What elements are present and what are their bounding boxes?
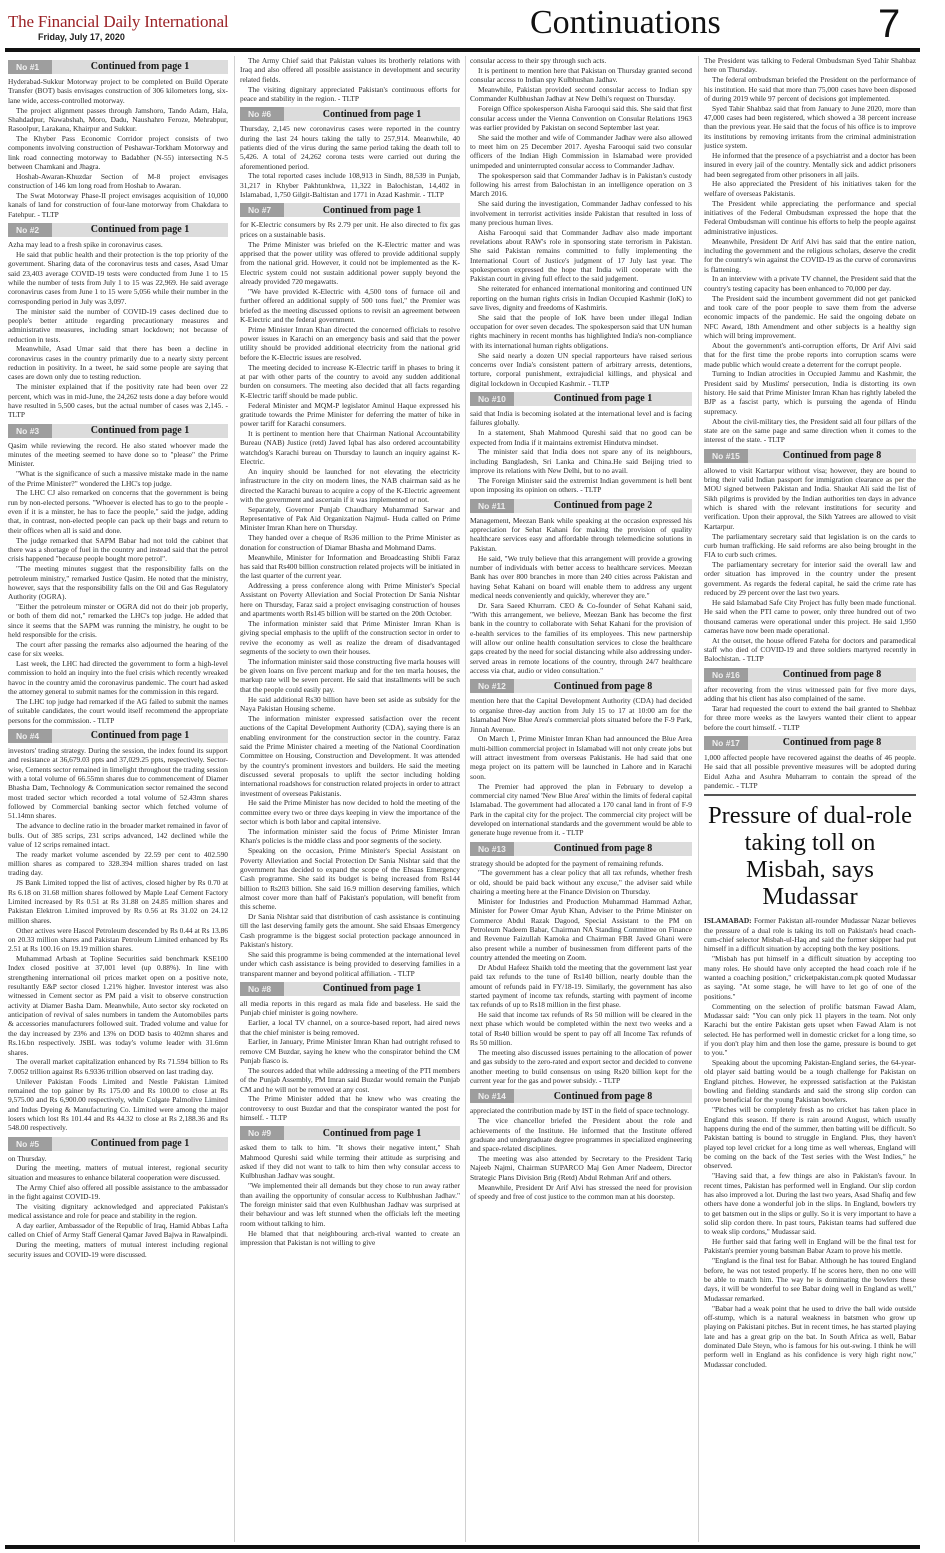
section-header: No #6Continued from page 1 xyxy=(240,107,460,121)
article-paragraph: "The government has a clear policy that … xyxy=(470,868,692,896)
section-number-badge: No #14 xyxy=(470,1089,514,1103)
article-paragraph: Muhammad Arbash at Topline Securities sa… xyxy=(8,954,228,1057)
section-header: No #3Continued from page 1 xyxy=(8,424,228,438)
section-title: Continued from page 1 xyxy=(52,1139,228,1148)
article-paragraph: The Premier had approved the plan in Feb… xyxy=(470,782,692,838)
article-paragraph: The President was talking to Federal Omb… xyxy=(704,56,916,75)
section-title: Continued from page 1 xyxy=(52,225,228,234)
section-title: Continued from page 8 xyxy=(748,670,916,679)
column-divider xyxy=(698,56,699,1542)
article-paragraph: The Khyber Pass Economic Corridor projec… xyxy=(8,134,228,171)
article-paragraph: Dr Sania Nishtar said that distribution … xyxy=(240,912,460,949)
article-paragraph: The spokesperson said that Commander Jad… xyxy=(470,171,692,199)
article-paragraph: He said the Prime Minister has now decid… xyxy=(240,798,460,826)
article-paragraph: The President said the incumbent governm… xyxy=(704,294,916,341)
feature-lead: ISLAMABAD: Former Pakistan all-rounder M… xyxy=(704,916,916,953)
section-title: Continued from page 1 xyxy=(284,110,460,119)
article-paragraph: The Army Chief also offered all possible… xyxy=(8,1183,228,1202)
article-paragraph: "We have provided K-Electric with 4,500 … xyxy=(240,287,460,324)
article-paragraph: Aisha Farooqui said that Commander Jadha… xyxy=(470,228,692,284)
article-paragraph: Hyderabad-Sukkur Motorway project to be … xyxy=(8,77,228,105)
article-paragraph: 1,000 affected people have recovered aga… xyxy=(704,753,916,790)
article-paragraph: Tarar had requested the court to extend … xyxy=(704,704,916,732)
article-paragraph: He further said that faring well in Engl… xyxy=(704,1237,916,1256)
article-paragraph: mention here that the Capital Developmen… xyxy=(470,696,692,733)
section-number-badge: No #16 xyxy=(704,668,748,682)
section-number-badge: No #5 xyxy=(8,1137,52,1151)
section-header: No #5Continued from page 1 xyxy=(8,1137,228,1151)
article-paragraph: JS Bank Limited topped the list of activ… xyxy=(8,878,228,925)
dateline: ISLAMABAD: xyxy=(704,916,752,925)
article-paragraph: said that India is becoming isolated at … xyxy=(470,409,692,428)
article-paragraph: "England is the final test for Babar. Al… xyxy=(704,1256,916,1303)
article-paragraph: for K-Electric consumers by Rs 2.79 per … xyxy=(240,220,460,239)
continuation-section: No #13Continued from page 8strategy shou… xyxy=(470,842,692,1086)
article-paragraph: Speaking on the occasion, Prime Minister… xyxy=(240,846,460,911)
section-title: Continued from page 1 xyxy=(52,426,228,435)
article-paragraph: Commenting on the selection of prolific … xyxy=(704,1002,916,1058)
article-paragraph: The overall market capitalization enhanc… xyxy=(8,1057,228,1076)
article-paragraph: "Either the petroleum minster or OGRA di… xyxy=(8,602,228,639)
section-header: No #11Continued from page 2 xyxy=(470,499,692,513)
section-title: Continued from page 1 xyxy=(284,206,460,215)
article-paragraph: Meanwhile, Pakistan provided second cons… xyxy=(470,85,692,104)
article-paragraph: Earlier, in January, Prime Minister Imra… xyxy=(240,1037,460,1065)
section-number-badge: No #1 xyxy=(8,60,52,74)
feature-rule xyxy=(704,794,916,796)
article-paragraph: About the government's anti-corruption e… xyxy=(704,341,916,369)
section-title: Continued from page 8 xyxy=(748,738,916,747)
article-paragraph: The ready market volume ascended by 22.5… xyxy=(8,850,228,878)
article-paragraph: Meanwhile, President Dr Arif Alvi has st… xyxy=(470,1183,692,1202)
section-number-badge: No #7 xyxy=(240,203,284,217)
article-paragraph: He blamed that that neighbouring arch-ri… xyxy=(240,1229,460,1248)
article-paragraph: Dr Abdul Hafeez Shaikh told the meeting … xyxy=(470,963,692,1010)
paper-name: The Financial Daily International xyxy=(8,12,228,32)
article-paragraph: He also appreciated the President of his… xyxy=(704,179,916,198)
article-paragraph: The visiting dignitary appreciated Pakis… xyxy=(240,85,460,104)
section-title: Continued from page 8 xyxy=(514,844,692,853)
continuation-section: No #3Continued from page 1Qasim while re… xyxy=(8,424,228,725)
page-title: Continuations xyxy=(530,4,721,42)
article-paragraph: The advance to decline ratio in the broa… xyxy=(8,821,228,849)
section-header: No #8Continued from page 1 xyxy=(240,982,460,996)
article-paragraph: Syed Tahir Shahbaz said that from Januar… xyxy=(704,104,916,151)
section-header: No #15Continued from page 8 xyxy=(704,449,916,463)
continuation-section: No #9Continued from page 1asked them to … xyxy=(240,1126,460,1247)
section-title: Continued from page 1 xyxy=(284,984,460,993)
section-number-badge: No #8 xyxy=(240,982,284,996)
article-paragraph: consular access to their spy through suc… xyxy=(470,56,692,65)
article-paragraph: In an interview with a private TV channe… xyxy=(704,274,916,293)
article-paragraph: During the meeting, matters of mutual in… xyxy=(8,1240,228,1259)
article-paragraph: She said this programme is being commend… xyxy=(240,950,460,978)
continuation-section: No #6Continued from page 1Thursday, 2,14… xyxy=(240,107,460,199)
article-paragraph: "Having said that, a few things are also… xyxy=(704,1171,916,1236)
section-number-badge: No #2 xyxy=(8,223,52,237)
article-paragraph: Qasim while reviewing the record. He als… xyxy=(8,441,228,469)
article-paragraph: Dr. Sara Saeed Khurram. CEO & Co-founder… xyxy=(470,601,692,676)
continuation-section: No #8Continued from page 1all media repo… xyxy=(240,982,460,1122)
section-header: No #16Continued from page 8 xyxy=(704,668,916,682)
article-paragraph: At the outset, the house offered Fateha … xyxy=(704,636,916,664)
article-paragraph: She said the mother and wife of Commande… xyxy=(470,133,692,170)
article-paragraph: The LHC top judge had remarked if the AG… xyxy=(8,697,228,725)
continuation-section: No #17Continued from page 81,000 affecte… xyxy=(704,736,916,790)
section-header: No #12Continued from page 8 xyxy=(470,679,692,693)
article-paragraph: Turning to Indian atrocities in Occupied… xyxy=(704,369,916,416)
section-title: Continued from page 2 xyxy=(514,501,692,510)
section-number-badge: No #9 xyxy=(240,1126,284,1140)
column-2: The Army Chief said that Pakistan values… xyxy=(240,56,460,1542)
article-paragraph: An inquiry should be launched for not el… xyxy=(240,467,460,504)
article-paragraph: The LHC CJ also remarked on concerns tha… xyxy=(8,488,228,535)
article-paragraph: strategy should be adopted for the payme… xyxy=(470,859,692,868)
article-paragraph: Hoshab-Awaran-Khuzdar Section of M-8 pro… xyxy=(8,172,228,191)
article-paragraph: allowed to visit Kartarpur without visa;… xyxy=(704,466,916,531)
article-paragraph: The meeting was also attended by Secreta… xyxy=(470,1154,692,1182)
bottom-rule xyxy=(5,1545,920,1549)
article-paragraph: On March 1, Prime Minister Imran Khan ha… xyxy=(470,734,692,781)
continuation-section: No #16Continued from page 8after recover… xyxy=(704,668,916,732)
section-number-badge: No #15 xyxy=(704,449,748,463)
article-paragraph: About the civil-military ties, the Presi… xyxy=(704,417,916,445)
column-divider xyxy=(465,56,466,1542)
article-paragraph: The total reported cases include 108,913… xyxy=(240,171,460,199)
article-paragraph: He informed that the presence of a psych… xyxy=(704,151,916,179)
section-header: No #17Continued from page 8 xyxy=(704,736,916,750)
article-paragraph: The parliamentary secretary for interior… xyxy=(704,560,916,597)
section-header: No #7Continued from page 1 xyxy=(240,203,460,217)
article-paragraph: Unilever Pakistan Foods Limited and Nest… xyxy=(8,1077,228,1133)
article-paragraph: asked them to talk to him. "It shows the… xyxy=(240,1143,460,1180)
continuation-section: No #10Continued from page 1said that Ind… xyxy=(470,392,692,495)
article-paragraph: Earlier, a local TV channel, on a source… xyxy=(240,1018,460,1037)
article-paragraph: "Misbah has put himself in a difficult s… xyxy=(704,954,916,1001)
article-paragraph: The judge remarked that SAPM Babar had n… xyxy=(8,536,228,564)
article-paragraph: Foreign Office spokesperson Aisha Farooq… xyxy=(470,104,692,132)
continuation-section: No #14Continued from page 8appreciated t… xyxy=(470,1089,692,1201)
article-paragraph: She said during the investigation, Comma… xyxy=(470,199,692,227)
article-paragraph: Prime Minister Imran Khan directed the c… xyxy=(240,325,460,362)
article-paragraph: The minister explained that if the posit… xyxy=(8,382,228,419)
article-paragraph: The federal ombudsman briefed the Presid… xyxy=(704,75,916,103)
article-paragraph: Speaking about the upcoming Pakistan-Eng… xyxy=(704,1058,916,1105)
masthead: The Financial Daily International Friday… xyxy=(0,0,945,50)
article-paragraph: "What is the significance of such a mass… xyxy=(8,469,228,488)
article-paragraph: A day earlier, Ambassador of the Republi… xyxy=(8,1221,228,1240)
article-paragraph: Management, Meezan Bank while speaking a… xyxy=(470,516,692,553)
section-number-badge: No #3 xyxy=(8,424,52,438)
article-paragraph: The Army Chief said that Pakistan values… xyxy=(240,56,460,84)
article-paragraph: Minister for Industries and Production M… xyxy=(470,897,692,962)
article-paragraph: on Thursday. xyxy=(8,1154,228,1163)
article-paragraph: The parliamentary secretary said that le… xyxy=(704,532,916,560)
article-paragraph: He said that income tax refunds of Rs 50… xyxy=(470,1010,692,1047)
article-paragraph: The information minister said the focus … xyxy=(240,827,460,846)
article-paragraph: The Foreign Minister said the extremist … xyxy=(470,476,692,495)
section-title: Continued from page 1 xyxy=(52,731,228,740)
continuation-section: No #11Continued from page 2Management, M… xyxy=(470,499,692,676)
article-paragraph: The information minister said those cons… xyxy=(240,657,460,694)
article-paragraph: The court after passing the remarks also… xyxy=(8,640,228,659)
continuation-section: consular access to their spy through suc… xyxy=(470,56,692,388)
section-title: Continued from page 1 xyxy=(284,1129,460,1138)
column-1: No #1Continued from page 1Hyderabad-Sukk… xyxy=(8,56,228,1542)
section-title: Continued from page 1 xyxy=(514,394,692,403)
section-number-badge: No #4 xyxy=(8,729,52,743)
article-paragraph: Meanwhile, Minister for Information and … xyxy=(240,553,460,581)
section-header: No #9Continued from page 1 xyxy=(240,1126,460,1140)
section-number-badge: No #12 xyxy=(470,679,514,693)
continuation-section: The President was talking to Federal Omb… xyxy=(704,56,916,445)
continuation-section: No #4Continued from page 1investors' tra… xyxy=(8,729,228,1133)
article-paragraph: Federal Minister and MQM-P legislator Am… xyxy=(240,401,460,429)
article-paragraph: The meeting also discussed issues pertai… xyxy=(470,1048,692,1085)
publication-date: Friday, July 17, 2020 xyxy=(38,32,125,42)
article-paragraph: "Pitches will be completely fresh as no … xyxy=(704,1105,916,1170)
continuation-section: The Army Chief said that Pakistan values… xyxy=(240,56,460,103)
section-number-badge: No #6 xyxy=(240,107,284,121)
article-paragraph: He said, "We truly believe that this arr… xyxy=(470,554,692,601)
article-paragraph: It is pertinent to mention here that Cha… xyxy=(240,429,460,466)
article-paragraph: Meanwhile, President Dr Arif Alvi has sa… xyxy=(704,237,916,274)
article-paragraph: He said that public health and their pro… xyxy=(8,250,228,306)
section-header: No #2Continued from page 1 xyxy=(8,223,228,237)
article-paragraph: Thursday, 2,145 new coronavirus cases we… xyxy=(240,124,460,171)
article-paragraph: all media reports in this regard as mala… xyxy=(240,999,460,1018)
article-paragraph: She reiterated for enhanced internationa… xyxy=(470,284,692,312)
section-header: No #14Continued from page 8 xyxy=(470,1089,692,1103)
article-paragraph: It is pertinent to mention here that Pak… xyxy=(470,66,692,85)
continuation-section: No #12Continued from page 8mention here … xyxy=(470,679,692,837)
section-title: Continued from page 8 xyxy=(514,682,692,691)
section-title: Continued from page 8 xyxy=(748,451,916,460)
article-paragraph: appreciated the contribution made by IST… xyxy=(470,1106,692,1115)
article-paragraph: investors' trading strategy. During the … xyxy=(8,746,228,821)
article-paragraph: "Babar had a weak point that he used to … xyxy=(704,1304,916,1369)
article-paragraph: The information minister said that Prime… xyxy=(240,619,460,656)
article-paragraph: The Swat Motorway Phase-II project envis… xyxy=(8,191,228,219)
column-4: The President was talking to Federal Omb… xyxy=(704,56,916,1542)
article-paragraph: The minister said that India does not sp… xyxy=(470,447,692,475)
article-paragraph: The information minister expressed satis… xyxy=(240,714,460,798)
page-number: 7 xyxy=(878,2,900,47)
section-header: No #13Continued from page 8 xyxy=(470,842,692,856)
continuation-section: No #15Continued from page 8allowed to vi… xyxy=(704,449,916,664)
article-paragraph: They handed over a cheque of Rs36 millio… xyxy=(240,533,460,552)
feature-headline: Pressure of dual-role taking toll on Mis… xyxy=(704,802,916,910)
section-title: Continued from page 1 xyxy=(52,62,228,71)
article-paragraph: The meeting decided to increase K-Electr… xyxy=(240,363,460,400)
article-paragraph: Meanwhile, Asad Umar said that there has… xyxy=(8,344,228,381)
article-paragraph: The sources added that while addressing … xyxy=(240,1066,460,1094)
article-paragraph: The President while appreciating the per… xyxy=(704,199,916,236)
article-paragraph: after recovering from the virus witnesse… xyxy=(704,685,916,704)
article-paragraph: "The meeting minutes suggest that the re… xyxy=(8,564,228,601)
section-header: No #10Continued from page 1 xyxy=(470,392,692,406)
column-divider xyxy=(234,56,235,1542)
article-paragraph: Last week, the LHC had directed the gove… xyxy=(8,659,228,696)
section-header: No #4Continued from page 1 xyxy=(8,729,228,743)
article-paragraph: The vice chancellor briefed the Presiden… xyxy=(470,1116,692,1153)
article-paragraph: Addressing a press conference along with… xyxy=(240,581,460,618)
article-paragraph: "We implemented their all demands but th… xyxy=(240,1181,460,1228)
section-number-badge: No #13 xyxy=(470,842,514,856)
article-paragraph: During the meeting, matters of mutual in… xyxy=(8,1163,228,1182)
article-paragraph: Separately, Governor Punjab Chaudhary Mu… xyxy=(240,505,460,533)
article-paragraph: In a statement, Shah Mahmood Qureshi sai… xyxy=(470,428,692,447)
article-paragraph: The project alignment passes through Jam… xyxy=(8,106,228,134)
article-paragraph: The Prime Minister was briefed on the K-… xyxy=(240,240,460,287)
section-number-badge: No #17 xyxy=(704,736,748,750)
section-number-badge: No #11 xyxy=(470,499,514,513)
continuation-section: No #5Continued from page 1on Thursday.Du… xyxy=(8,1137,228,1259)
article-paragraph: She said nearly a dozen UN special rappo… xyxy=(470,351,692,388)
section-number-badge: No #10 xyxy=(470,392,514,406)
column-3: consular access to their spy through suc… xyxy=(470,56,692,1542)
article-paragraph: He said Islamabad Safe City Project has … xyxy=(704,598,916,635)
article-paragraph: She said that the people of IoK have bee… xyxy=(470,313,692,350)
section-header: No #1Continued from page 1 xyxy=(8,60,228,74)
article-paragraph: The Prime Minister added that he knew wh… xyxy=(240,1094,460,1122)
article-paragraph: The visiting dignitary acknowledged and … xyxy=(8,1202,228,1221)
top-rule xyxy=(5,48,920,52)
article-paragraph: Azha may lead to a fresh spike in corona… xyxy=(8,240,228,249)
article-paragraph: The minister said the number of COVID-19… xyxy=(8,307,228,344)
continuation-section: No #1Continued from page 1Hyderabad-Sukk… xyxy=(8,60,228,219)
article-paragraph: Other actives were Hascol Petroleum desc… xyxy=(8,926,228,954)
section-title: Continued from page 8 xyxy=(514,1092,692,1101)
continuation-section: No #7Continued from page 1for K-Electric… xyxy=(240,203,460,978)
continuation-section: No #2Continued from page 1Azha may lead … xyxy=(8,223,228,420)
article-paragraph: He said additional Rs30 billion have bee… xyxy=(240,695,460,714)
